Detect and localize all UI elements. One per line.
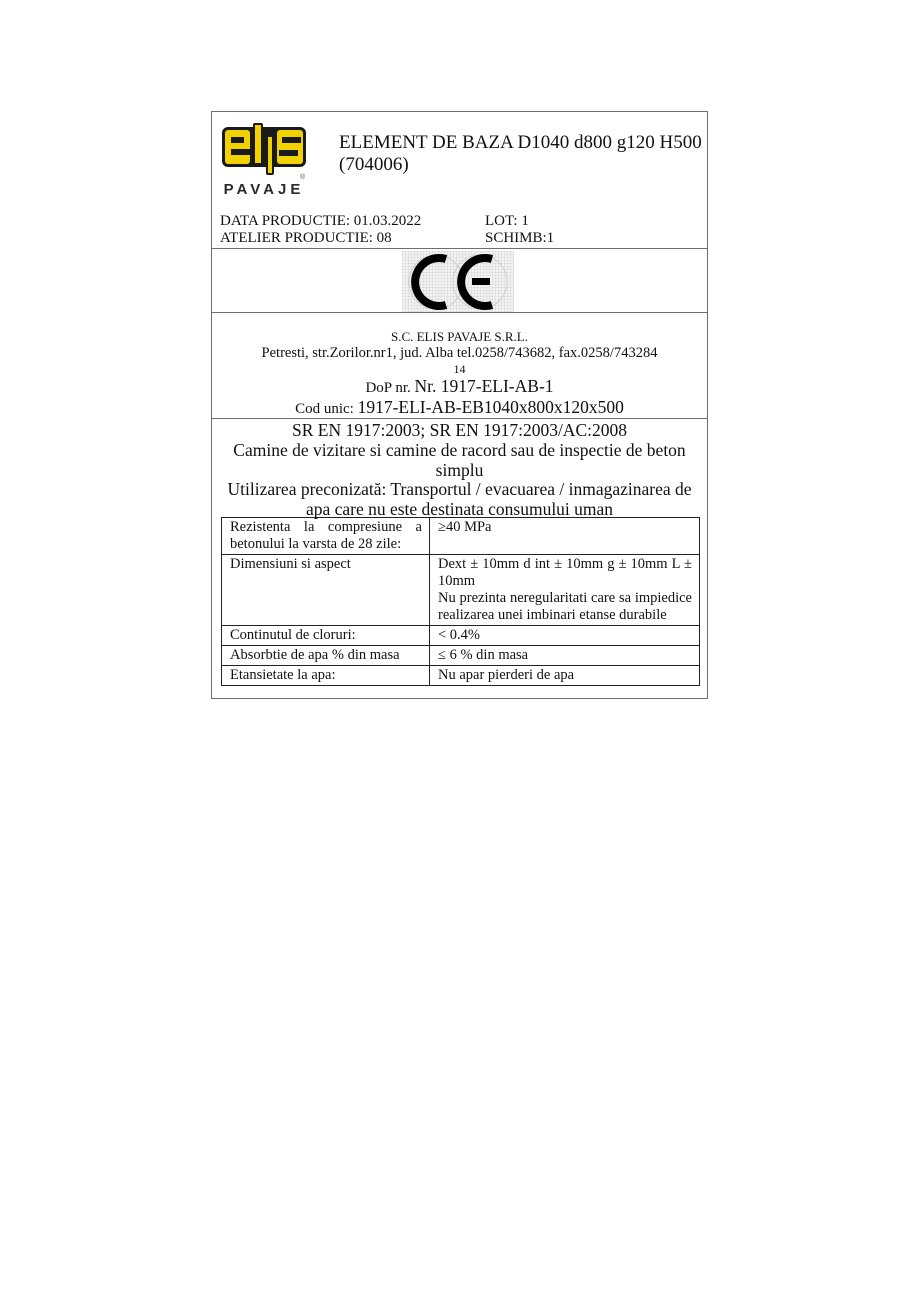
- property-name: Dimensiuni si aspect: [222, 555, 430, 626]
- shift-number: SCHIMB:1: [485, 230, 554, 247]
- year-affixed: 14: [212, 363, 707, 376]
- product-title: ELEMENT DE BAZA D1040 d800 g120 H500 (70…: [339, 132, 704, 176]
- table-row: Absorbtie de apa % din masa≤ 6 % din mas…: [222, 646, 700, 666]
- property-value: ≤ 6 % din masa: [430, 646, 700, 666]
- svg-text:®: ®: [300, 173, 306, 181]
- product-title-line1: ELEMENT DE BAZA D1040 d800 g120 H500: [339, 132, 704, 154]
- property-name: Continutul de cloruri:: [222, 626, 430, 646]
- unique-code-label: Cod unic:: [295, 401, 358, 417]
- property-name: Rezistenta la compresiune a betonului la…: [222, 518, 430, 555]
- ce-mark: [402, 251, 514, 313]
- properties-table: Rezistenta la compresiune a betonului la…: [221, 517, 700, 686]
- product-code: (704006): [339, 154, 704, 176]
- table-row: Continutul de cloruri:< 0.4%: [222, 626, 700, 646]
- property-name: Absorbtie de apa % din masa: [222, 646, 430, 666]
- ce-mark-icon: [402, 251, 514, 313]
- lot-number: LOT: 1: [485, 213, 529, 230]
- production-workshop: ATELIER PRODUCTIE: 08: [220, 230, 392, 247]
- divider: [212, 248, 707, 249]
- property-value: ≥40 MPa: [430, 518, 700, 555]
- elis-pavaje-logo: ® PAVAJE: [220, 121, 308, 199]
- logo-subtitle: PAVAJE: [220, 181, 308, 198]
- property-name: Etansietate la apa:: [222, 666, 430, 686]
- divider: [212, 312, 707, 313]
- product-label: ® PAVAJE ELEMENT DE BAZA D1040 d800 g120…: [211, 111, 708, 699]
- property-value: Nu apar pierderi de apa: [430, 666, 700, 686]
- unique-code: Cod unic: 1917-ELI-AB-EB1040x800x120x500: [212, 397, 707, 419]
- dop-label: DoP nr.: [365, 380, 414, 396]
- property-value: Dext ± 10mm d int ± 10mm g ± 10mm L ± 10…: [430, 555, 700, 626]
- unique-code-value: 1917-ELI-AB-EB1040x800x120x500: [358, 397, 624, 417]
- production-date: DATA PRODUCTIE: 01.03.2022: [220, 213, 421, 230]
- standards: SR EN 1917:2003; SR EN 1917:2003/AC:2008: [212, 420, 707, 440]
- property-value: < 0.4%: [430, 626, 700, 646]
- product-description: Camine de vizitare si camine de racord s…: [226, 440, 693, 480]
- dop-number: DoP nr. Nr. 1917-ELI-AB-1: [212, 376, 707, 398]
- divider: [212, 418, 707, 419]
- company-address: Petresti, str.Zorilor.nr1, jud. Alba tel…: [212, 345, 707, 362]
- table-row: Dimensiuni si aspectDext ± 10mm d int ± …: [222, 555, 700, 626]
- company-name: S.C. ELIS PAVAJE S.R.L.: [212, 329, 707, 344]
- intended-use: Utilizarea preconizată: Transportul / ev…: [218, 480, 701, 519]
- table-row: Rezistenta la compresiune a betonului la…: [222, 518, 700, 555]
- dop-value: Nr. 1917-ELI-AB-1: [415, 376, 554, 396]
- table-row: Etansietate la apa:Nu apar pierderi de a…: [222, 666, 700, 686]
